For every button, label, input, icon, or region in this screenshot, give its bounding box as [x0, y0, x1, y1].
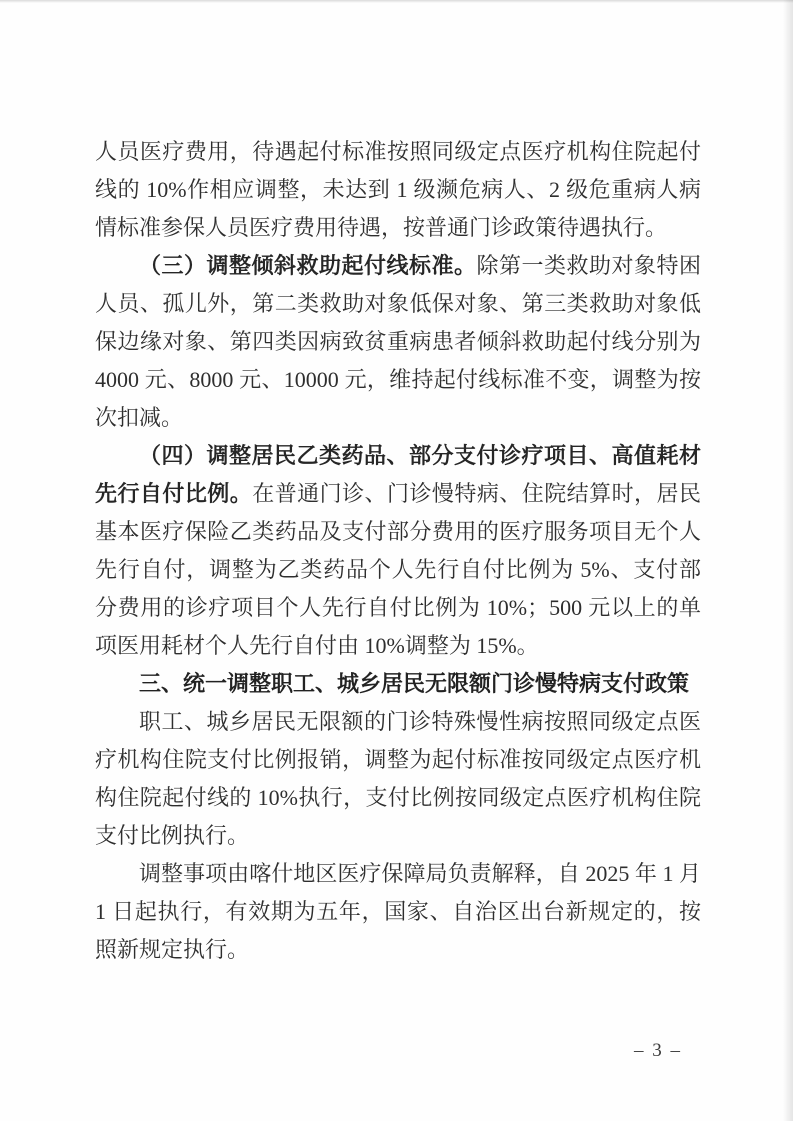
document-body: 人员医疗费用，待遇起付标准按照同级定点医疗机构住院起付线的 10%作相应调整，未… [95, 133, 701, 969]
item-3-paragraph: （三）调整倾斜救助起付线标准。除第一类救助对象特困人员、孤儿外，第二类救助对象低… [95, 247, 701, 437]
scan-shadow-top [0, 0, 793, 3]
closing-paragraph: 调整事项由喀什地区医疗保障局负责解释，自 2025 年 1 月 1 日起执行，有… [95, 855, 701, 969]
page-number: – 3 – [626, 1040, 690, 1062]
item-3-body: 除第一类救助对象特困人员、孤儿外，第二类救助对象低保对象、第三类救助对象低保边缘… [95, 253, 701, 430]
section-3-heading: 三、统一调整职工、城乡居民无限额门诊慢特病支付政策 [95, 665, 701, 703]
section-3-paragraph: 职工、城乡居民无限额的门诊特殊慢性病按照同级定点医疗机构住院支付比例报销，调整为… [95, 703, 701, 855]
item-4-paragraph: （四）调整居民乙类药品、部分支付诊疗项目、高值耗材先行自付比例。在普通门诊、门诊… [95, 437, 701, 665]
continuation-paragraph: 人员医疗费用，待遇起付标准按照同级定点医疗机构住院起付线的 10%作相应调整，未… [95, 133, 701, 247]
scan-shadow-right [783, 0, 793, 1121]
scanned-document-page: 人员医疗费用，待遇起付标准按照同级定点医疗机构住院起付线的 10%作相应调整，未… [0, 0, 793, 1121]
item-3-lead: （三）调整倾斜救助起付线标准。 [139, 253, 476, 278]
item-4-body: 在普通门诊、门诊慢特病、住院结算时，居民基本医疗保险乙类药品及支付部分费用的医疗… [95, 481, 701, 658]
